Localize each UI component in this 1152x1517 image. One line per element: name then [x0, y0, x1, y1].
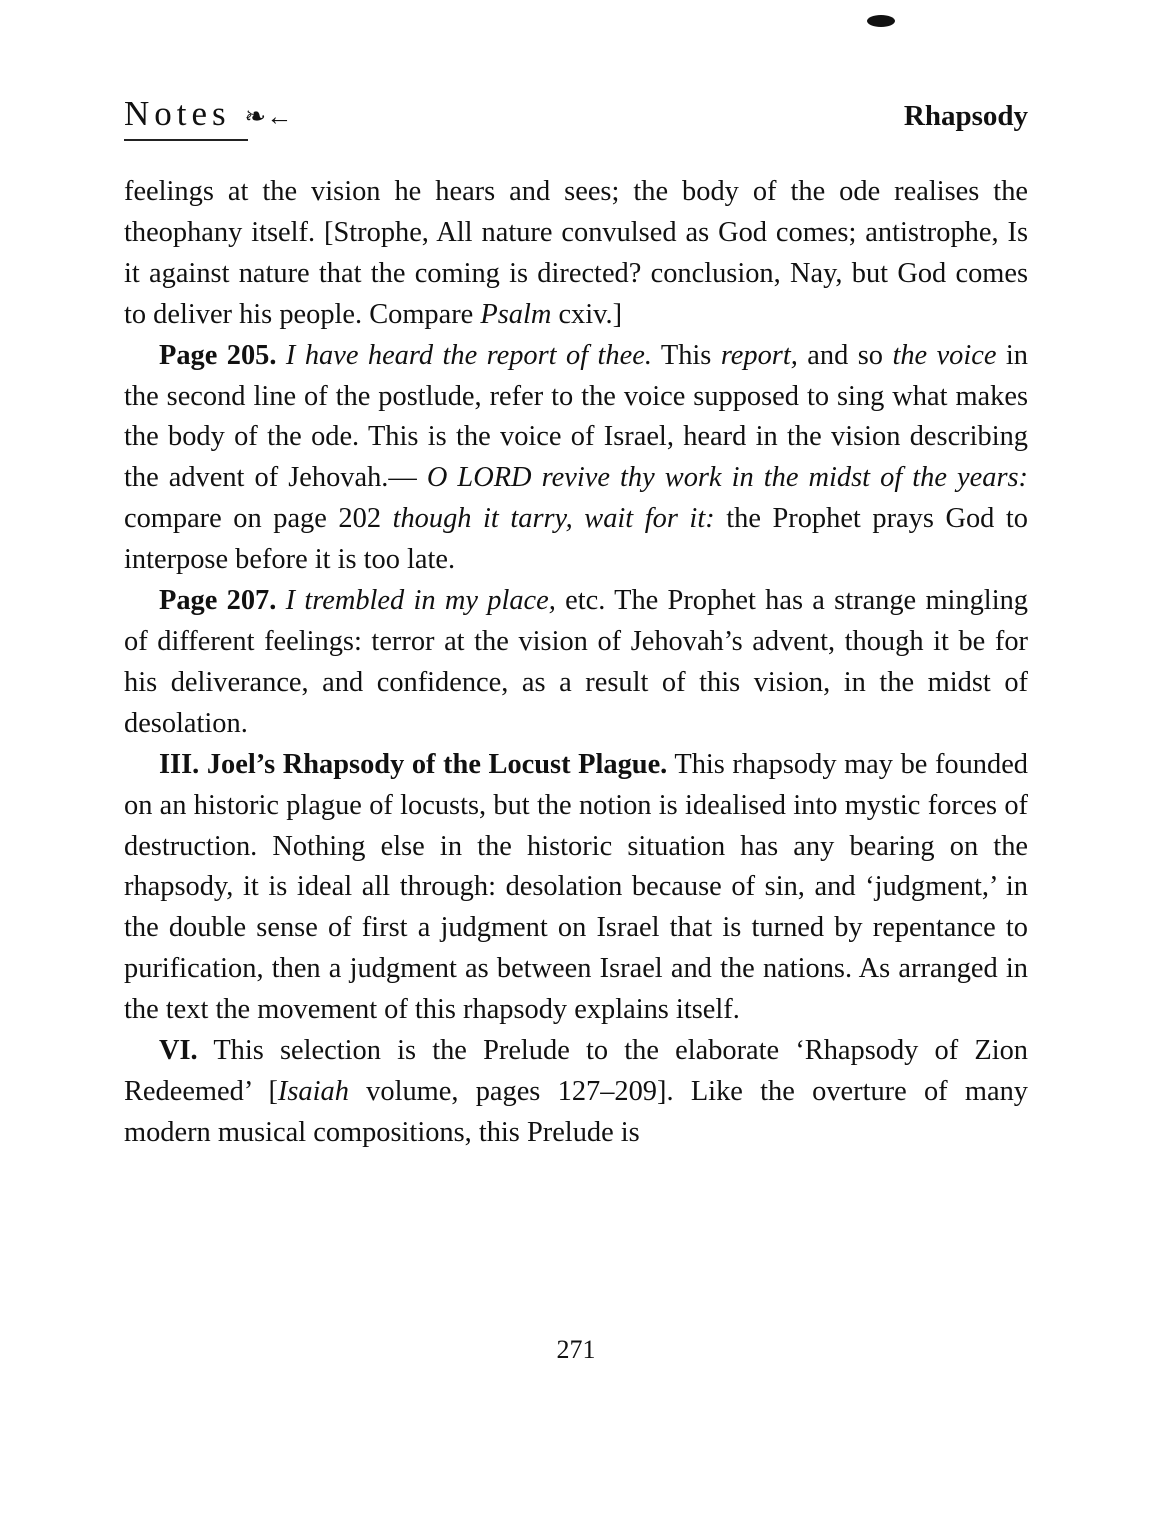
- text-run: and so: [798, 340, 893, 371]
- text-run: Isaiah: [278, 1076, 349, 1107]
- paragraph-section-iii: III. Joel’s Rhapsody of the Locust Plagu…: [124, 745, 1028, 1031]
- text-run: Page 205.: [159, 340, 276, 371]
- text-run: compare on page 202: [124, 503, 393, 534]
- page-body: feelings at the vision he hears and sees…: [124, 172, 1028, 1154]
- text-run: I have heard the report of thee.: [286, 340, 652, 371]
- fleuron-ornament-icon: ❧←: [244, 102, 292, 131]
- section-label: Notes: [124, 94, 231, 133]
- text-run: This: [652, 340, 721, 371]
- paragraph-page-205: Page 205. I have heard the report of the…: [124, 336, 1028, 581]
- text-run: I trembled in my place,: [286, 585, 556, 616]
- ink-blot-mark: [867, 15, 895, 27]
- text-run: the voice: [892, 340, 996, 371]
- paragraph-section-vi: VI. This selection is the Prelude to the…: [124, 1031, 1028, 1154]
- text-run: cxiv.]: [551, 299, 622, 330]
- text-run: [276, 585, 285, 616]
- page-number: 271: [0, 1335, 1152, 1365]
- text-run: VI.: [159, 1035, 198, 1066]
- running-header-title: Rhapsody: [904, 100, 1028, 133]
- text-run: Psalm: [480, 299, 551, 330]
- text-run: Page 207.: [159, 585, 276, 616]
- text-run: [276, 340, 285, 371]
- text-run: III. Joel’s Rhapsody of the Locust Plagu…: [159, 749, 667, 780]
- paragraph-continuation: feelings at the vision he hears and sees…: [124, 172, 1028, 336]
- text-run: report,: [721, 340, 798, 371]
- header-underline: [124, 139, 248, 141]
- paragraph-page-207: Page 207. I trembled in my place, etc. T…: [124, 581, 1028, 745]
- running-header-left: Notes ❧←: [124, 94, 292, 137]
- text-run: though it tarry, wait for it:: [393, 503, 715, 534]
- text-run: O LORD revive thy work in the midst of t…: [427, 462, 1028, 493]
- text-run: This rhapsody may be founded on an histo…: [124, 749, 1028, 1025]
